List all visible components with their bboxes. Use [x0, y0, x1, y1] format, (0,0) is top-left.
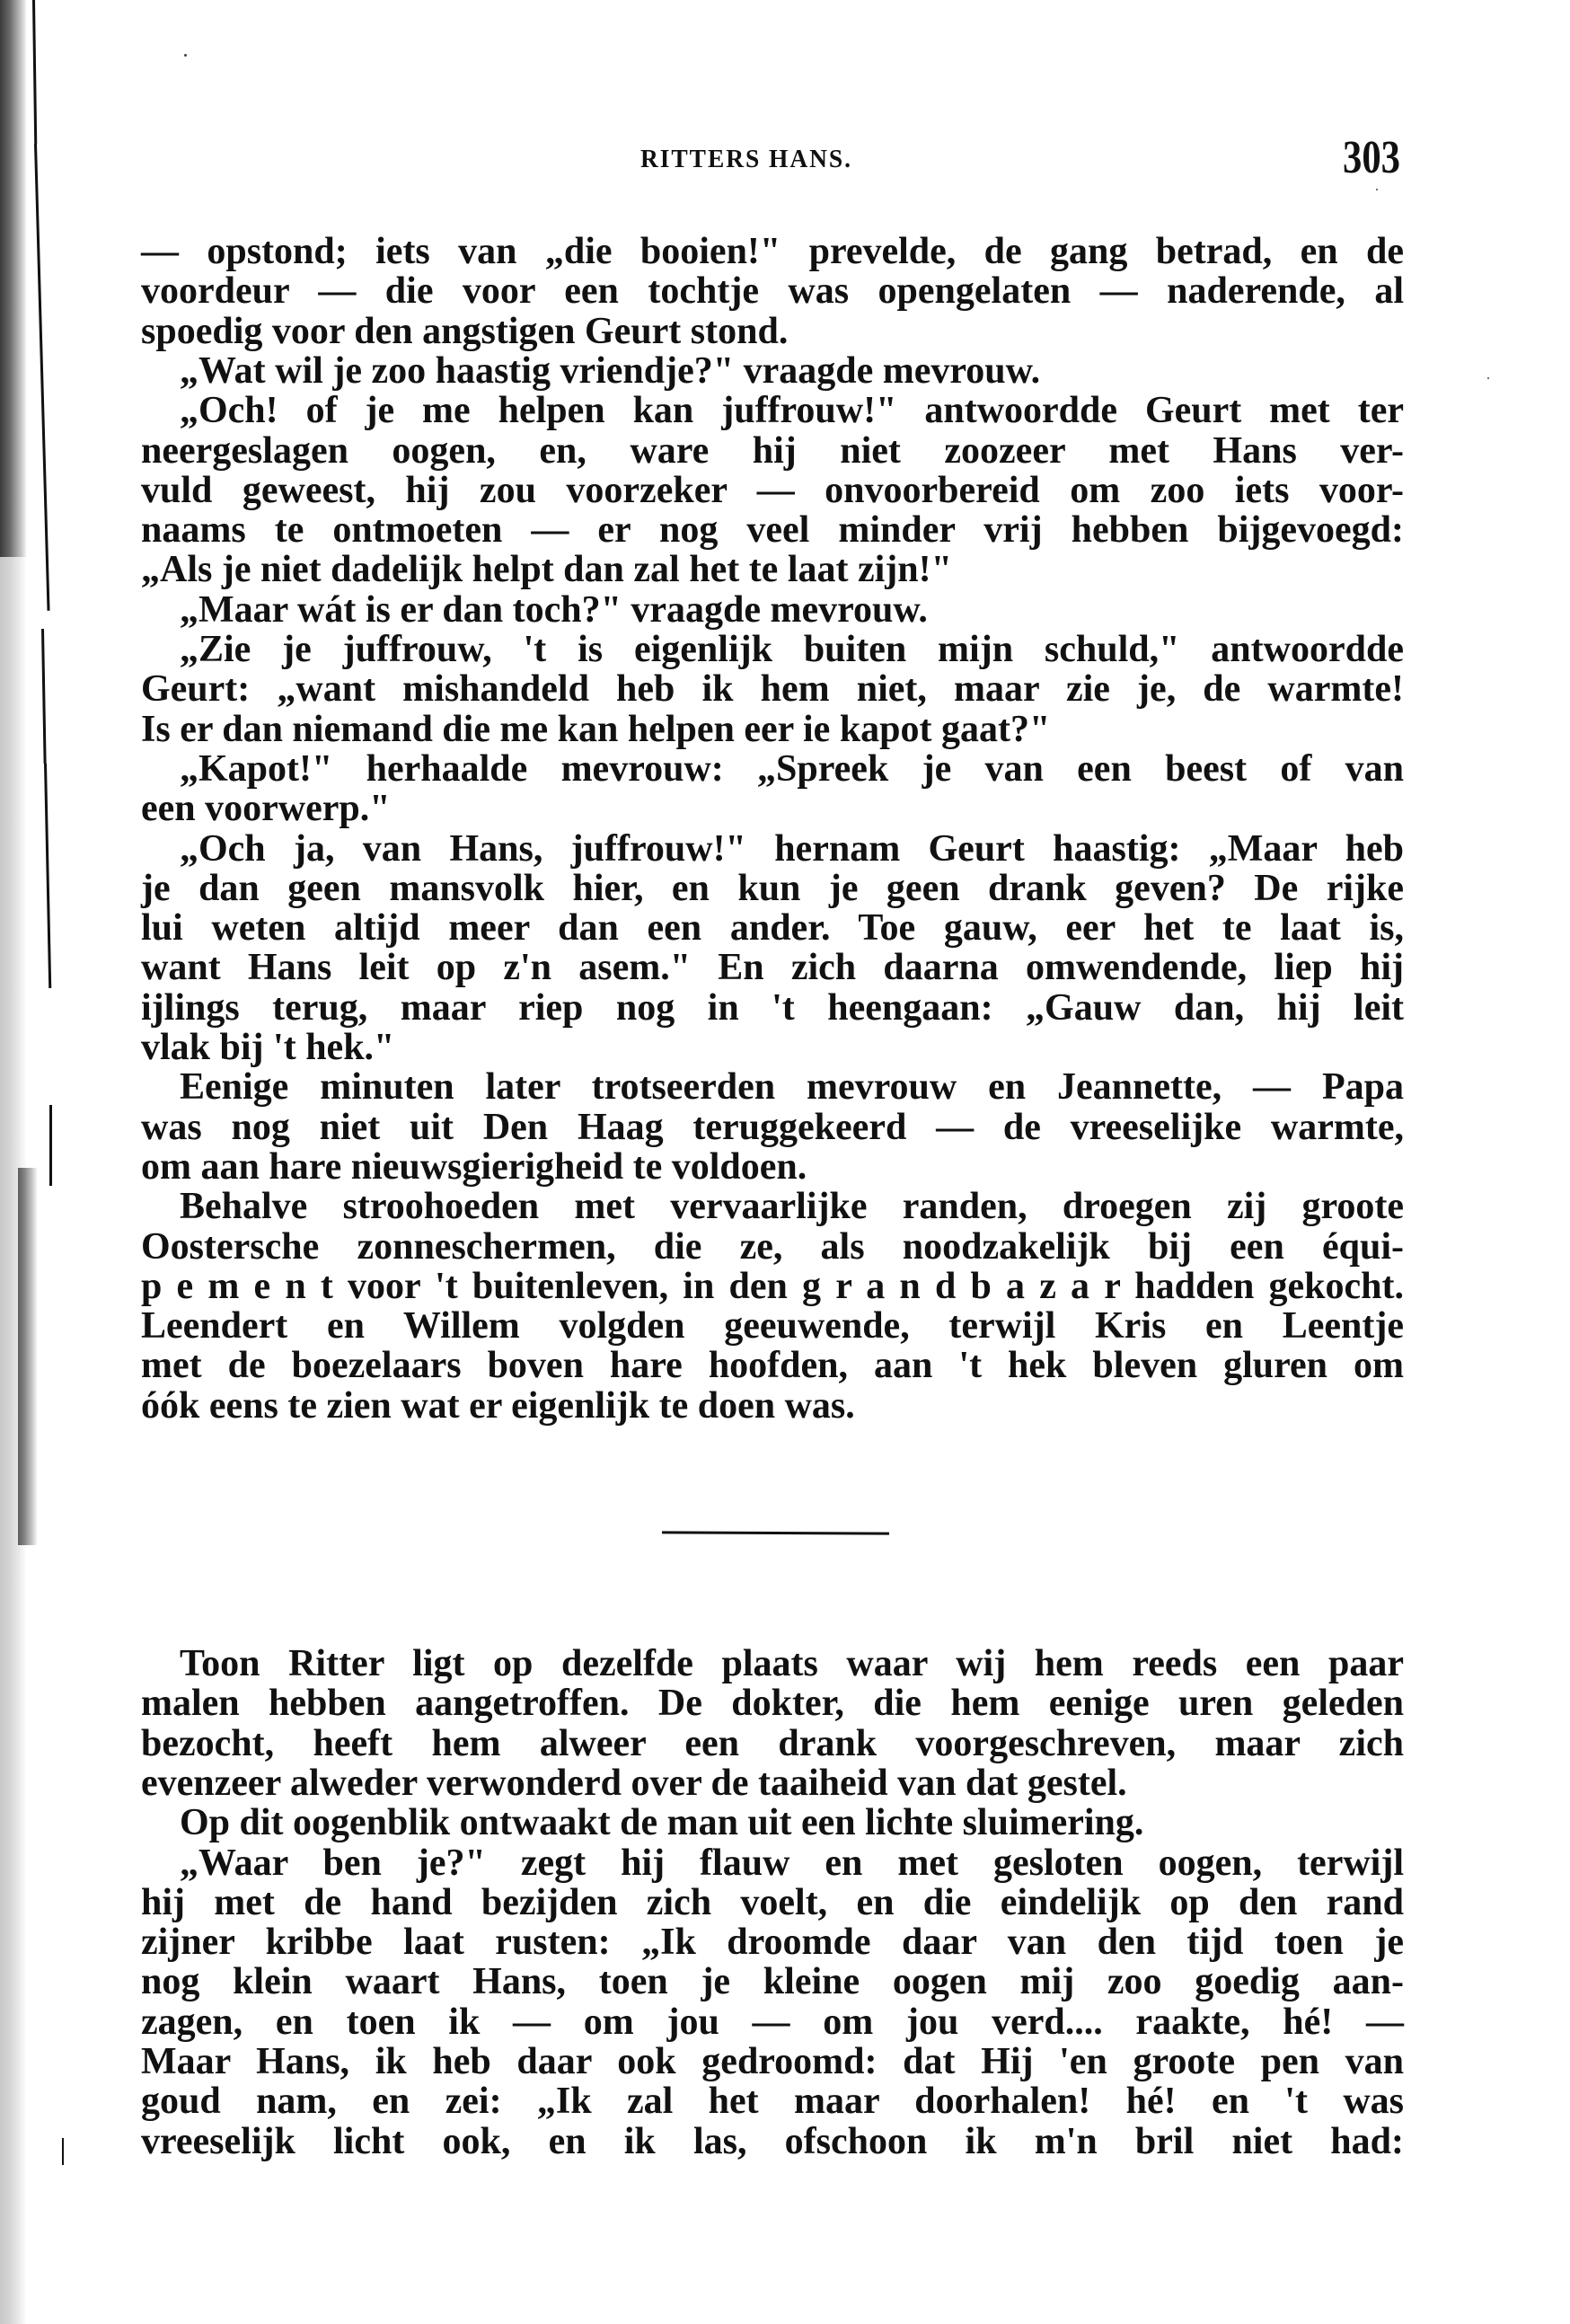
text-line: „Och! of je me helpen kan juffrouw!" ant… — [141, 391, 1404, 430]
text-line: ijlings terug, maar riep nog in 't heeng… — [141, 988, 1404, 1028]
binding-edge-line — [44, 764, 51, 988]
text-line: voordeur — die voor een tochtje was open… — [141, 271, 1404, 311]
text-line: „Maar wát is er dan toch?" vraagde mevro… — [141, 590, 1404, 630]
text-line: neergeslagen oogen, en, ware hij niet zo… — [141, 431, 1404, 471]
section-divider — [662, 1531, 889, 1534]
binding-edge-line — [41, 629, 47, 764]
text-line: om aan hare nieuwsgierigheid te voldoen. — [141, 1147, 1404, 1187]
running-head: RITTERS HANS. — [640, 144, 852, 176]
text-line: Is er dan niemand die me kan helpen eer … — [141, 710, 1404, 749]
text-line: Oostersche zonneschermen, die ze, als no… — [141, 1227, 1404, 1267]
text-line: p e m e n t voor 't buitenleven, in den … — [141, 1267, 1404, 1306]
text-line: „Zie je juffrouw, 't is eigenlijk buiten… — [141, 630, 1404, 669]
text-line: Op dit oogenblik ontwaakt de man uit een… — [141, 1803, 1404, 1842]
text-line: óók eens te zien wat er eigenlijk te doe… — [141, 1386, 1404, 1426]
text-line: „Waar ben je?" zegt hij flauw en met ges… — [141, 1843, 1404, 1883]
text-line: Eenige minuten later trotseerden mevrouw… — [141, 1067, 1404, 1107]
text-line: was nog niet uit Den Haag teruggekeerd —… — [141, 1108, 1404, 1147]
binding-shadow-middle — [18, 1168, 38, 1545]
text-line: naams te ontmoeten — er nog veel minder … — [141, 510, 1404, 550]
text-line: „Och ja, van Hans, juffrouw!" hernam Geu… — [141, 829, 1404, 869]
text-line: vlak bij 't hek." — [141, 1028, 1404, 1067]
binding-edge-line — [62, 2138, 64, 2165]
text-line: Leendert en Willem volgden geeuwende, te… — [141, 1306, 1404, 1346]
text-line: met de boezelaars boven hare hoofden, aa… — [141, 1346, 1404, 1385]
text-line: evenzeer alweder verwonderd over de taai… — [141, 1763, 1404, 1803]
text-line: goud nam, en zei: „Ik zal het maar doorh… — [141, 2081, 1404, 2121]
text-line: een voorwerp." — [141, 789, 1404, 828]
text-line: Geurt: „want mishandeld heb ik hem niet,… — [141, 669, 1404, 709]
text-line: Toon Ritter ligt op dezelfde plaats waar… — [141, 1644, 1404, 1683]
text-line: nog klein waart Hans, toen je kleine oog… — [141, 1962, 1404, 2001]
text-line: Behalve stroohoeden met vervaarlijke ran… — [141, 1187, 1404, 1226]
text-line: spoedig voor den angstigen Geurt stond. — [141, 312, 1404, 351]
text-line: bezocht, heeft hem alweer een drank voor… — [141, 1724, 1404, 1763]
binding-edge-line — [34, 144, 50, 611]
binding-edge-line — [49, 1105, 52, 1186]
text-line: lui weten altijd meer dan een ander. Toe… — [141, 908, 1404, 948]
scan-speck — [1487, 377, 1489, 379]
text-line: „Kapot!" herhaalde mevrouw: „Spreek je v… — [141, 749, 1404, 789]
text-line: Maar Hans, ik heb daar ook gedroomd: dat… — [141, 2042, 1404, 2081]
text-line: malen hebben aangetroffen. De dokter, di… — [141, 1683, 1404, 1723]
page-number: 303 — [1343, 133, 1400, 183]
text-line: zijner kribbe laat rusten: „Ik droomde d… — [141, 1922, 1404, 1962]
text-line: vreeselijk licht ook, en ik las, ofschoo… — [141, 2122, 1404, 2161]
text-line: je dan geen mansvolk hier, en kun je gee… — [141, 869, 1404, 908]
text-line: „Wat wil je zoo haastig vriendje?" vraag… — [141, 351, 1404, 391]
text-line: zagen, en toen ik — om jou — om jou verd… — [141, 2002, 1404, 2042]
book-page: RITTERS HANS. 303 — opstond; iets van „d… — [0, 0, 1570, 2324]
binding-edge-line — [32, 0, 37, 144]
scan-speck — [184, 54, 187, 57]
text-line: want Hans leit op z'n asem." En zich daa… — [141, 948, 1404, 987]
text-line: — opstond; iets van „die booien!" prevel… — [141, 232, 1404, 271]
text-line: hij met de hand bezijden zich voelt, en … — [141, 1883, 1404, 1922]
binding-shadow — [0, 0, 27, 2324]
text-line: „Als je niet dadelijk helpt dan zal het … — [141, 550, 1404, 589]
scan-speck — [1376, 189, 1378, 190]
text-line: vuld geweest, hij zou voorzeker — onvoor… — [141, 471, 1404, 510]
